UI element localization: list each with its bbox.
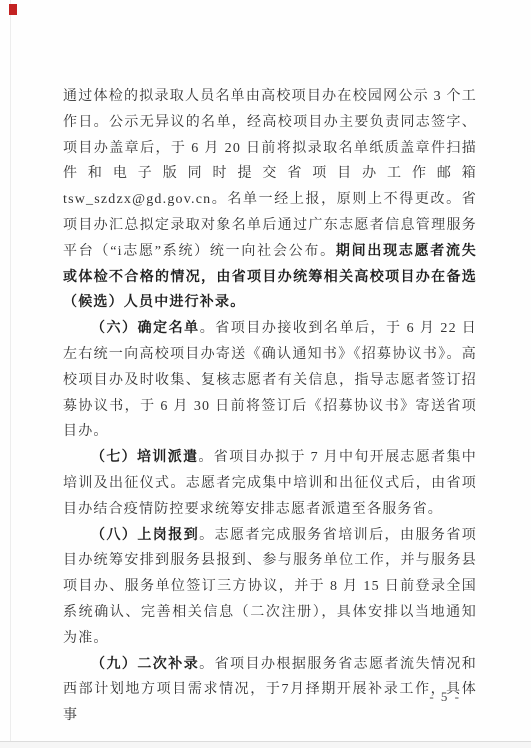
paragraph: （六）确定名单。省项目办接收到名单后，于 6 月 22 日左右统一向高校项目办寄… (63, 316, 477, 445)
paragraph: （九）二次补录。省项目办根据服务省志愿者流失情况和西部计划地方项目需求情况，于7… (63, 652, 477, 729)
paragraph: 通过体检的拟录取人员名单由高校项目办在校园网公示 3 个工作日。公示无异议的名单… (63, 84, 477, 316)
page-number: - 5 - (429, 689, 461, 705)
document-page: 通过体检的拟录取人员名单由高校项目办在校园网公示 3 个工作日。公示无异议的名单… (0, 0, 531, 748)
red-corner-mark (9, 4, 17, 15)
bold-text-run: （七）培训派遣 (91, 450, 198, 465)
page-left-edge-line (10, 0, 11, 748)
below-page-area (0, 742, 531, 748)
document-body: 通过体检的拟录取人员名单由高校项目办在校园网公示 3 个工作日。公示无异议的名单… (63, 84, 477, 729)
paragraph: （八）上岗报到。志愿者完成服务省培训后，由服务省项目办统筹安排到服务县报到、参与… (63, 523, 477, 652)
bold-text-run: （九）二次补录 (91, 657, 199, 672)
body-text-run: 通过体检的拟录取人员名单由高校项目办在校园网公示 3 个工作日。公示无异议的名单… (63, 89, 477, 259)
paragraph: （七）培训派遣。省项目办拟于 7 月中旬开展志愿者集中培训及出征仪式。志愿者完成… (63, 445, 477, 522)
bold-text-run: （八）上岗报到 (91, 528, 199, 543)
bold-text-run: （六）确定名单 (91, 321, 200, 336)
body-text-run: 。省项目办接收到名单后，于 6 月 22 日左右统一向高校项目办寄送《确认通知书… (63, 321, 477, 439)
body-text-run: 。志愿者完成服务省培训后，由服务省项目办统筹安排到服务县报到、参与服务单位工作，… (63, 528, 477, 646)
